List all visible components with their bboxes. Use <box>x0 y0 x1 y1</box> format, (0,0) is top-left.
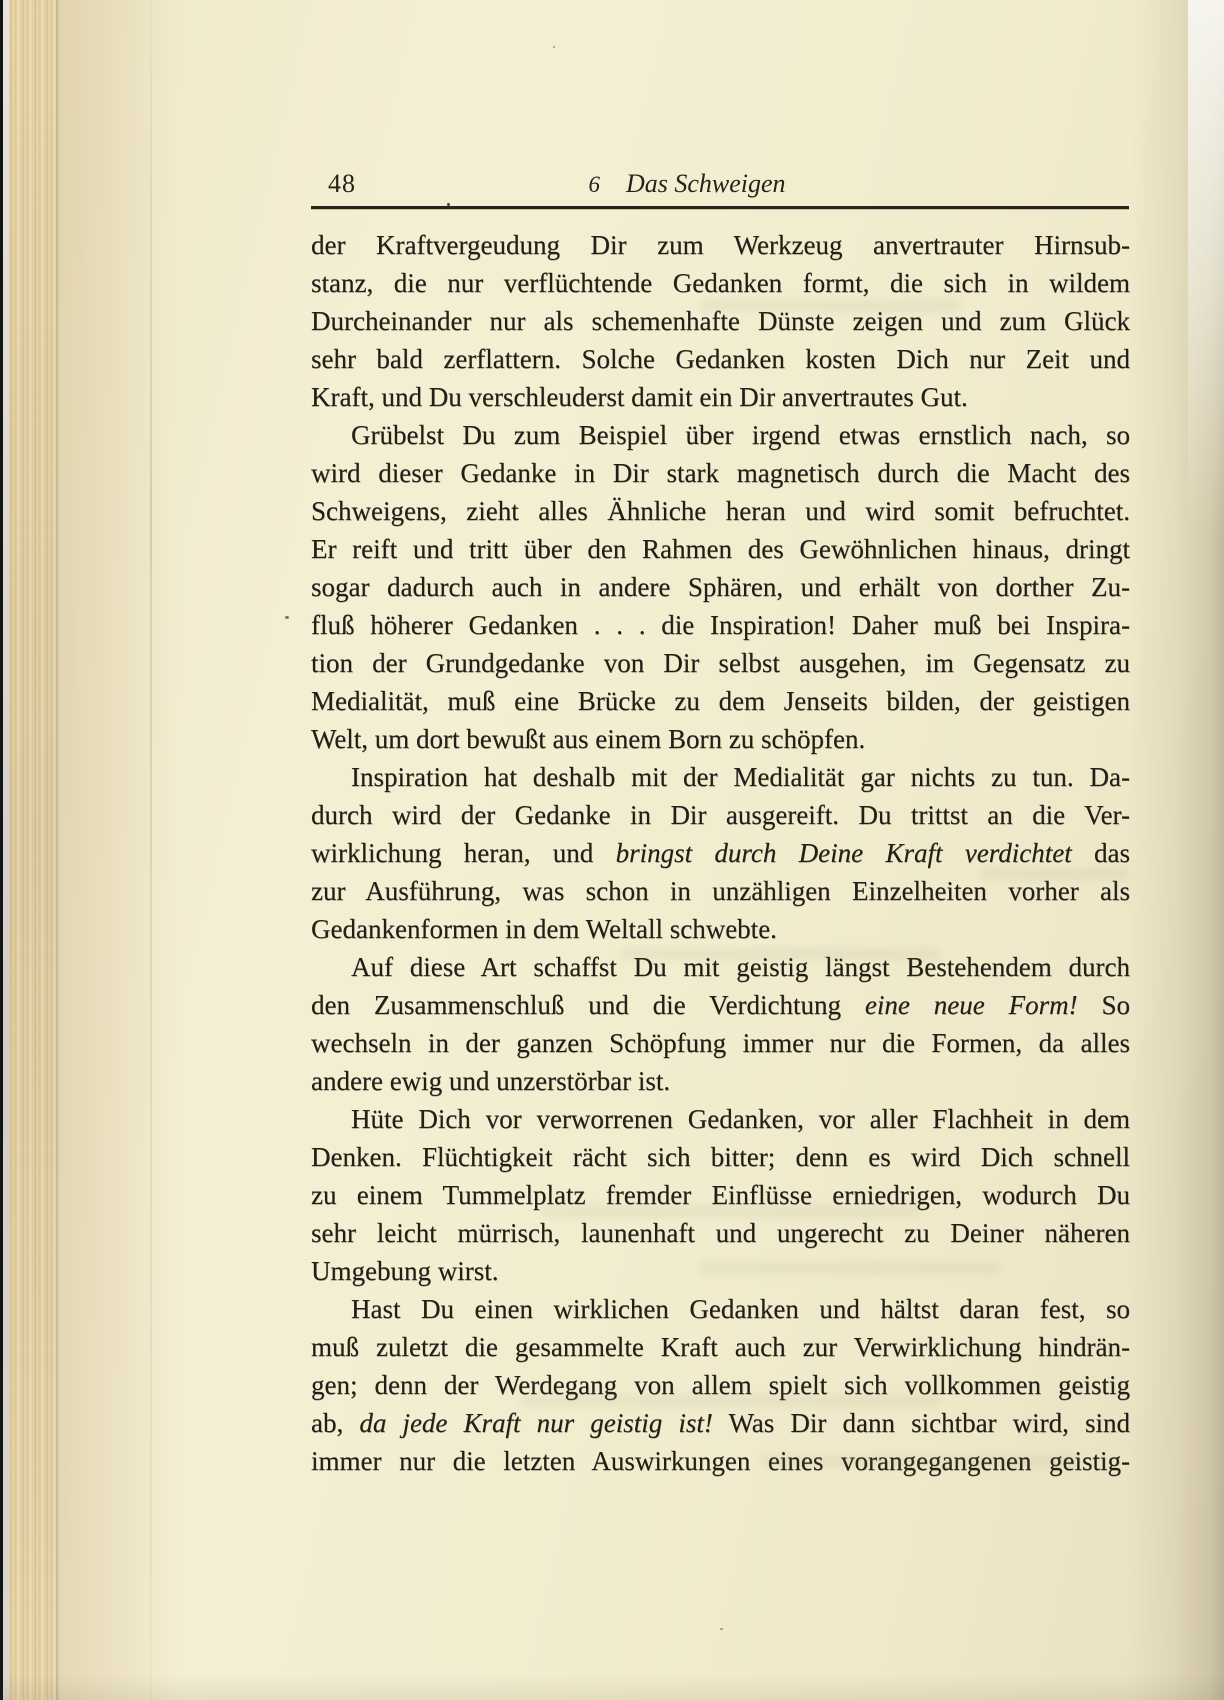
showthrough-smudge <box>540 1205 920 1217</box>
text-segment: Hüte Dich vor verworrenen Gedanken, vor … <box>351 1104 1130 1134</box>
text-line: sehr bald zerflattern. Solche Gedanken k… <box>311 340 1130 378</box>
text-segment: Umgebung wirst. <box>311 1256 498 1286</box>
text-segment: andere ewig und unzerstörbar ist. <box>311 1066 670 1096</box>
text-segment: tion der Grundgedanke von Dir selbst aus… <box>311 648 1130 678</box>
text-segment: Welt, um dort bewußt aus einem Born zu s… <box>311 724 865 754</box>
text-segment: Er reift und tritt über den Rahmen des G… <box>311 534 1130 564</box>
text-line: sehr leicht mürrisch, launenhaft und ung… <box>311 1214 1130 1252</box>
scanned-book-page: 48 6Das Schweigen der Kraftvergeudung Di… <box>0 0 1224 1700</box>
text-segment: wirklichung heran, und <box>311 838 616 868</box>
dust-speck <box>553 46 555 48</box>
text-line: Denken. Flüchtigkeit rächt sich bitter; … <box>311 1138 1130 1176</box>
text-segment: Kraft, und Du verschleuderst damit ein D… <box>311 382 968 412</box>
bottom-edge-shadow <box>0 1674 1224 1700</box>
body-text: der Kraftvergeudung Dir zum Werkzeug anv… <box>311 226 1130 1480</box>
page-corner-highlight <box>1188 0 1224 540</box>
showthrough-smudge <box>700 300 960 312</box>
text-line: wird dieser Gedanke in Dir stark magneti… <box>311 454 1130 492</box>
text-line: andere ewig und unzerstörbar ist. <box>311 1062 1130 1100</box>
showthrough-smudge <box>700 1262 1000 1274</box>
showthrough-smudge <box>620 948 940 960</box>
emphasized-text: da jede Kraft nur geistig ist! <box>359 1408 713 1438</box>
showthrough-smudge <box>520 1395 940 1407</box>
showthrough-smudge <box>980 868 1130 880</box>
gutter-shadow <box>60 0 180 1700</box>
running-header: 6Das Schweigen <box>312 168 1062 201</box>
text-segment: das <box>1072 838 1130 868</box>
text-segment: ab, <box>311 1408 359 1438</box>
text-segment: Hast Du einen wirklichen Gedanken und hä… <box>351 1294 1130 1324</box>
text-line: muß zuletzt die gesammelte Kraft auch zu… <box>311 1328 1130 1366</box>
text-line: durch wird der Gedanke in Dir ausgereift… <box>311 796 1130 834</box>
text-line: tion der Grundgedanke von Dir selbst aus… <box>311 644 1130 682</box>
emphasized-text: bringst durch Deine Kraft verdichtet <box>616 838 1072 868</box>
text-segment: Schweigens, zieht alles Ähnliche heran u… <box>311 496 1130 526</box>
text-segment: wechseln in der ganzen Schöpfung immer n… <box>311 1028 1130 1058</box>
text-line: ab, da jede Kraft nur geistig ist! Was D… <box>311 1404 1130 1442</box>
text-line: sogar dadurch auch in andere Sphären, un… <box>311 568 1130 606</box>
text-line: Er reift und tritt über den Rahmen des G… <box>311 530 1130 568</box>
text-line: Grübelst Du zum Beispiel über irgend etw… <box>311 416 1130 454</box>
text-segment: Inspiration hat deshalb mit der Medialit… <box>351 762 1130 792</box>
text-segment: stanz, die nur verflüchtende Gedanken fo… <box>311 268 1130 298</box>
showthrough-smudge <box>760 1455 1080 1467</box>
dust-speck <box>285 616 289 619</box>
dust-speck <box>720 1628 723 1630</box>
text-segment: wird dieser Gedanke in Dir stark magneti… <box>311 458 1130 488</box>
text-line: den Zusammenschluß und die Verdichtung e… <box>311 986 1130 1024</box>
text-segment: So <box>1078 990 1130 1020</box>
text-line: der Kraftvergeudung Dir zum Werkzeug anv… <box>311 226 1130 264</box>
dust-speck <box>447 203 450 206</box>
text-segment: fluß höherer Gedanken . . . die Inspirat… <box>311 610 1130 640</box>
text-segment: sehr leicht mürrisch, launenhaft und ung… <box>311 1218 1130 1248</box>
text-line: fluß höherer Gedanken . . . die Inspirat… <box>311 606 1130 644</box>
text-segment: Was Dir dann sichtbar wird, sind <box>713 1408 1130 1438</box>
text-segment: sogar dadurch auch in andere Sphären, un… <box>311 572 1130 602</box>
text-line: wechseln in der ganzen Schöpfung immer n… <box>311 1024 1130 1062</box>
page-header: 48 6Das Schweigen <box>312 168 1128 200</box>
text-line: stanz, die nur verflüchtende Gedanken fo… <box>311 264 1130 302</box>
text-segment: den Zusammenschluß und die Verdichtung <box>311 990 865 1020</box>
text-segment: Grübelst Du zum Beispiel über irgend etw… <box>351 420 1130 450</box>
emphasized-text: eine neue Form! <box>865 990 1078 1020</box>
text-line: Hast Du einen wirklichen Gedanken und hä… <box>311 1290 1130 1328</box>
book-page-edges <box>9 0 56 1700</box>
text-segment: zur Ausführung, was schon in unzähligen … <box>311 876 1130 906</box>
text-segment: Gedankenformen in dem Weltall schwebte. <box>311 914 777 944</box>
text-line: Gedankenformen in dem Weltall schwebte. <box>311 910 1130 948</box>
header-rule <box>311 206 1129 209</box>
text-line: Hüte Dich vor verworrenen Gedanken, vor … <box>311 1100 1130 1138</box>
text-segment: durch wird der Gedanke in Dir ausgereift… <box>311 800 1130 830</box>
text-segment: Medialität, muß eine Brücke zu dem Jense… <box>311 686 1130 716</box>
text-segment: Denken. Flüchtigkeit rächt sich bitter; … <box>311 1142 1130 1172</box>
text-line: Medialität, muß eine Brücke zu dem Jense… <box>311 682 1130 720</box>
chapter-number: 6 <box>588 172 600 197</box>
text-segment: sehr bald zerflattern. Solche Gedanken k… <box>311 344 1130 374</box>
text-segment: der Kraftvergeudung Dir zum Werkzeug anv… <box>311 230 1130 260</box>
text-segment: muß zuletzt die gesammelte Kraft auch zu… <box>311 1332 1130 1362</box>
text-line: wirklichung heran, und bringst durch Dei… <box>311 834 1130 872</box>
text-line: Welt, um dort bewußt aus einem Born zu s… <box>311 720 1130 758</box>
text-line: Kraft, und Du verschleuderst damit ein D… <box>311 378 1130 416</box>
text-line: Inspiration hat deshalb mit der Medialit… <box>311 758 1130 796</box>
chapter-title: Das Schweigen <box>626 169 786 198</box>
inner-margin-crease <box>150 0 152 1700</box>
text-line: Schweigens, zieht alles Ähnliche heran u… <box>311 492 1130 530</box>
